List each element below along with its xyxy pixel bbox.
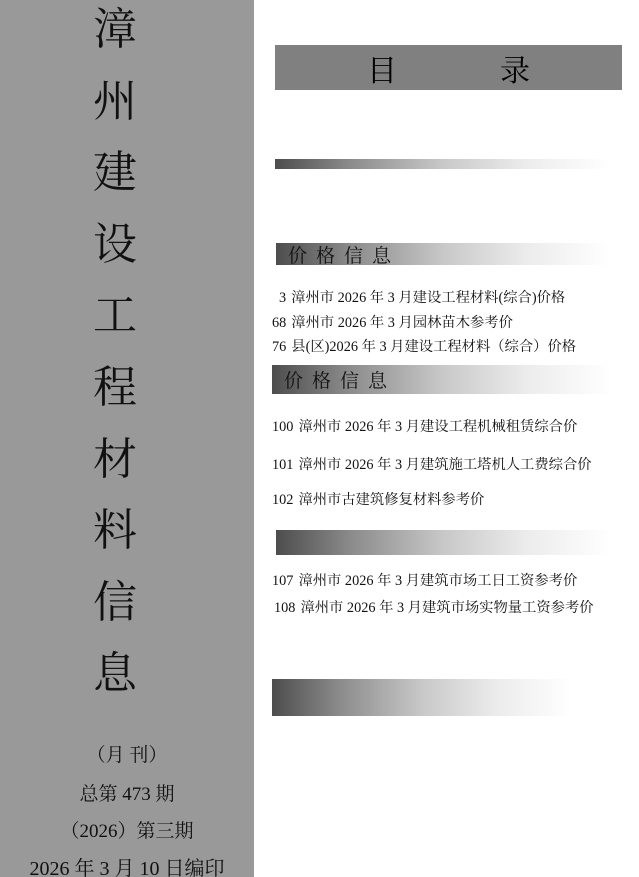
- toc-entry-page: 101: [272, 457, 293, 474]
- total-issue-number: 总第 473 期: [0, 779, 254, 806]
- title-char: 州: [80, 80, 150, 152]
- title-char: 设: [80, 223, 150, 295]
- year-issue-number: （2026）第三期: [0, 816, 254, 843]
- toc-entry[interactable]: 101漳州市 2026 年 3 月建筑施工塔机人工费综合价: [272, 454, 592, 474]
- print-date: 2026 年 3 月 10 日编印: [0, 852, 254, 877]
- toc-entry-title: 漳州市 2026 年 3 月建筑施工塔机人工费综合价: [298, 457, 591, 473]
- title-char: 料: [80, 509, 150, 581]
- toc-entry[interactable]: 68漳州市 2026 年 3 月园林苗木参考价: [272, 312, 513, 332]
- toc-title-right: 录: [500, 46, 530, 90]
- toc-entry-page: 3: [279, 290, 286, 307]
- toc-entry-title: 漳州市 2026 年 3 月建筑市场实物量工资参考价: [300, 600, 593, 616]
- section-heading: 价格信息: [284, 365, 396, 394]
- title-char: 建: [80, 151, 150, 223]
- title-char: 工: [80, 294, 150, 366]
- toc-entry-page: 102: [272, 492, 293, 509]
- toc-entry[interactable]: 102漳州市古建筑修复材料参考价: [272, 489, 484, 509]
- toc-entry-title: 漳州市 2026 年 3 月建筑市场工日工资参考价: [298, 573, 577, 589]
- cover-panel: 漳 州 建 设 工 程 材 料 信 息 （月 刊） 总第 473 期 （2026…: [0, 0, 254, 877]
- title-char: 程: [80, 366, 150, 438]
- toc-entry-title: 漳州市古建筑修复材料参考价: [298, 492, 484, 508]
- toc-entry-page: 107: [272, 573, 293, 590]
- title-char: 息: [80, 652, 150, 724]
- title-char: 漳: [80, 8, 150, 80]
- toc-entry[interactable]: 3漳州市 2026 年 3 月建设工程材料(综合)价格: [279, 287, 565, 307]
- toc-entry-title: 漳州市 2026 年 3 月建设工程材料(综合)价格: [291, 290, 565, 306]
- title-char: 信: [80, 581, 150, 653]
- section-divider-bar: [275, 159, 610, 169]
- section-heading-bar: 价格信息: [276, 243, 611, 265]
- vertical-publication-title: 漳 州 建 设 工 程 材 料 信 息: [80, 8, 150, 724]
- toc-entry[interactable]: 76县(区)2026 年 3 月建设工程材料（综合）价格: [272, 336, 576, 356]
- section-divider-bar: [272, 679, 572, 716]
- frequency-label: （月 刊）: [0, 740, 254, 767]
- title-char: 材: [80, 438, 150, 510]
- toc-title-left: 目: [367, 46, 397, 90]
- toc-entry[interactable]: 108漳州市 2026 年 3 月建筑市场实物量工资参考价: [274, 597, 594, 617]
- section-heading-bar: 价格信息: [272, 365, 612, 394]
- section-heading: 价格信息: [288, 243, 400, 265]
- toc-entry-page: 68: [272, 315, 286, 332]
- toc-entry[interactable]: 107漳州市 2026 年 3 月建筑市场工日工资参考价: [272, 570, 577, 590]
- toc-entry-title: 漳州市 2026 年 3 月园林苗木参考价: [291, 315, 513, 331]
- toc-entry-title: 县(区)2026 年 3 月建设工程材料（综合）价格: [291, 339, 576, 355]
- section-heading-bar: [276, 530, 611, 555]
- toc-entry-page: 108: [274, 600, 295, 617]
- toc-entry-page: 76: [272, 339, 286, 356]
- toc-entry-page: 100: [272, 419, 293, 436]
- toc-entry-title: 漳州市 2026 年 3 月建设工程机械租赁综合价: [298, 419, 577, 435]
- toc-entry[interactable]: 100漳州市 2026 年 3 月建设工程机械租赁综合价: [272, 416, 577, 436]
- toc-title-bar: 目 录: [275, 45, 622, 90]
